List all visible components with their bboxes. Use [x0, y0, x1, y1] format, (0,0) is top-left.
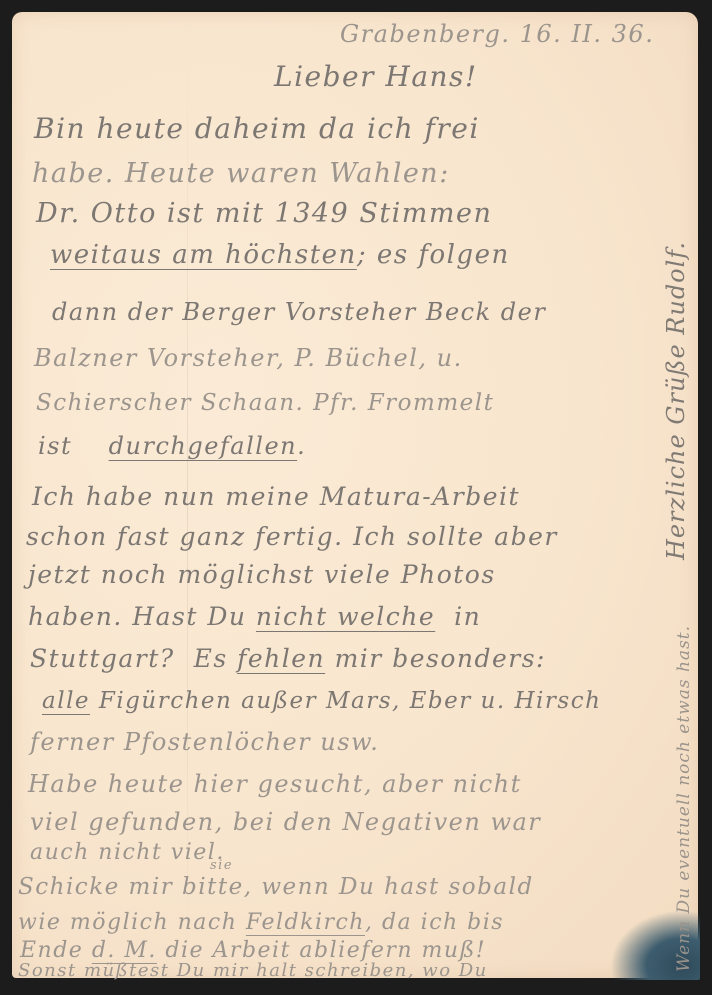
body-line-1: Bin heute daheim da ich frei — [34, 112, 480, 145]
body-line-8: ist durchgefallen. — [38, 432, 306, 460]
text-fragment: , da ich bis — [365, 910, 504, 935]
text-fragment: ist — [38, 432, 109, 460]
body-line-14: alle Figürchen außer Mars, Eber u. Hirsc… — [42, 688, 601, 714]
body-line-18: auch nicht viel. — [30, 840, 225, 865]
underlined-phrase: weitaus am höchsten — [50, 240, 357, 270]
postcard: Grabenberg. 16. II. 36. Lieber Hans! Bin… — [12, 12, 698, 978]
text-fragment: in — [435, 602, 481, 631]
body-line-19: Schicke mir bitte, wenn Du hast sobald — [18, 874, 534, 900]
body-line-4: weitaus am höchsten; es folgen — [50, 240, 510, 270]
interlinear-insert: sie — [210, 858, 233, 873]
body-line-3: Dr. Otto ist mit 1349 Stimmen — [36, 198, 492, 229]
body-line-12: haben. Hast Du nicht welche in — [28, 602, 481, 631]
text-fragment: haben. Hast Du — [28, 602, 256, 631]
underlined-phrase: alle — [42, 688, 90, 714]
body-line-15: ferner Pfostenlöcher usw. — [30, 728, 379, 756]
underlined-phrase: nicht welche — [256, 602, 435, 631]
body-line-6: Balzner Vorsteher, P. Büchel, u. — [34, 344, 463, 372]
text-fragment: mir besonders: — [325, 644, 546, 673]
body-line-11: jetzt noch möglichst viele Photos — [28, 560, 496, 589]
text-fragment: wie möglich nach — [18, 910, 246, 935]
body-line-2: habe. Heute waren Wahlen: — [32, 158, 450, 189]
body-line-7: Schierscher Schaan. Pfr. Frommelt — [36, 390, 494, 416]
text-fragment: Figürchen außer Mars, Eber u. Hirsch — [90, 688, 601, 714]
body-line-20: wie möglich nach Feldkirch, da ich bis — [18, 910, 504, 935]
underlined-phrase: Feldkirch — [246, 910, 365, 935]
body-line-17: viel gefunden, bei den Negativen war — [30, 808, 541, 836]
body-line-5: dann der Berger Vorsteher Beck der — [52, 298, 546, 326]
body-line-10: schon fast ganz fertig. Ich sollte aber — [26, 522, 558, 551]
text-fragment: . — [297, 432, 306, 460]
underlined-phrase: fehlen — [237, 644, 325, 673]
text-fragment: ; es folgen — [357, 240, 510, 270]
body-line-16: Habe heute hier gesucht, aber nicht — [28, 770, 522, 798]
body-line-9: Ich habe nun meine Matura-Arbeit — [32, 482, 520, 511]
margin-note-greeting: Herzliche Grüße Rudolf. — [662, 241, 690, 560]
body-line-13: Stuttgart? Es fehlen mir besonders: — [30, 644, 546, 673]
salutation: Lieber Hans! — [274, 60, 478, 93]
margin-note-postscript: Wenn Du eventuell noch etwas hast. — [674, 625, 694, 972]
body-line-22: Sonst müßtest Du mir halt schreiben, wo … — [18, 960, 488, 981]
place-date: Grabenberg. 16. II. 36. — [340, 20, 654, 48]
underlined-phrase: durchgefallen — [109, 432, 297, 460]
text-fragment: Stuttgart? Es — [30, 644, 237, 673]
